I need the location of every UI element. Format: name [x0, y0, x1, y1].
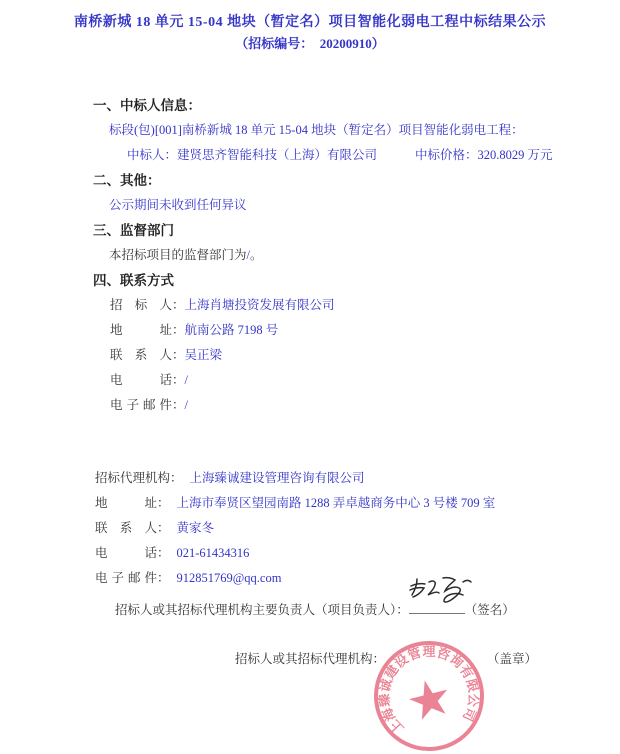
tenderer-row: 联系人：吴正梁	[0, 343, 620, 368]
tenderer-value: 航南公路 7198 号	[185, 323, 279, 337]
signature-slot	[409, 600, 465, 614]
signature-label: 招标人或其招标代理机构主要负责人（项目负责人）：	[115, 603, 409, 617]
company-seal-stamp: 上海臻诚建设管理咨询有限公司	[369, 636, 489, 754]
seal-label: 招标人或其招标代理机构：	[235, 649, 385, 669]
tenderer-contact-block: 招标人：上海肖塘投资发展有限公司 地址：航南公路 7198 号 联系人：吴正梁 …	[0, 293, 620, 418]
page-title: 南桥新城 18 单元 15-04 地块（暂定名）项目智能化弱电工程中标结果公示	[0, 13, 620, 32]
agency-label: 地址	[95, 491, 157, 516]
package-line: 标段(包)[001]南桥新城 18 单元 15-04 地块（暂定名）项目智能化弱…	[0, 118, 620, 143]
agency-contact-block: 招标代理机构：上海臻诚建设管理咨询有限公司 地址：上海市奉贤区望园南路 1288…	[0, 466, 620, 591]
seal-outer-ring	[369, 636, 489, 754]
agency-label: 电子邮件	[95, 566, 157, 591]
seal-star-icon	[406, 676, 453, 722]
tenderer-value: 上海肖塘投资发展有限公司	[185, 298, 335, 312]
agency-row: 地址：上海市奉贤区望园南路 1288 弄卓越商务中心 3 号楼 709 室	[0, 491, 620, 516]
seal-circular-text: 上海臻诚建设管理咨询有限公司	[370, 637, 486, 739]
section-heading-other: 二、其他：	[0, 168, 620, 193]
label-colon: ：	[172, 348, 185, 362]
label-colon: ：	[172, 373, 185, 387]
label-colon: ：	[172, 323, 185, 337]
tenderer-row: 电话：/	[0, 368, 620, 393]
tenderer-row: 地址：航南公路 7198 号	[0, 318, 620, 343]
tenderer-label: 联系人	[110, 343, 172, 368]
tenderer-label: 电子邮件	[110, 393, 172, 418]
agency-value: 上海臻诚建设管理咨询有限公司	[183, 471, 365, 485]
tenderer-value: 吴正梁	[185, 348, 223, 362]
agency-label: 电话	[95, 541, 157, 566]
tenderer-row: 电子邮件：/	[0, 393, 620, 418]
label-colon: ：	[172, 398, 185, 412]
label-colon: ：	[157, 521, 170, 535]
tenderer-value: /	[185, 398, 188, 412]
section-heading-contact: 四、联系方式	[0, 268, 620, 293]
price-label: 中标价格：	[415, 148, 478, 162]
winner-value: 建贤思齐智能科技（上海）有限公司	[177, 148, 377, 162]
agency-label: 联系人	[95, 516, 157, 541]
tenderer-label: 招标人	[110, 293, 172, 318]
signature-line: 招标人或其招标代理机构主要负责人（项目负责人）：（签名）	[115, 600, 515, 620]
agency-value: 黄家冬	[170, 521, 215, 535]
agency-value: 上海市奉贤区望园南路 1288 弄卓越商务中心 3 号楼 709 室	[170, 496, 496, 510]
agency-value: 912851769@qq.com	[170, 571, 282, 585]
signature-handwriting	[405, 574, 475, 608]
label-colon: ：	[172, 298, 185, 312]
supervisor-body: 本招标项目的监督部门为/。	[0, 243, 620, 268]
agency-row: 电子邮件：912851769@qq.com	[0, 566, 620, 591]
document-body: 一、中标人信息： 标段(包)[001]南桥新城 18 单元 15-04 地块（暂…	[0, 93, 620, 591]
tender-number-subtitle: （招标编号： 20200910）	[0, 32, 620, 56]
winner-line: 中标人：建贤思齐智能科技（上海）有限公司中标价格：320.8029 万元	[0, 143, 620, 168]
agency-row: 招标代理机构：上海臻诚建设管理咨询有限公司	[0, 466, 620, 491]
label-colon: ：	[157, 496, 170, 510]
label-colon: ：	[157, 571, 170, 585]
other-body: 公示期间未收到任何异议	[0, 193, 620, 218]
winner-label: 中标人：	[127, 148, 177, 162]
tenderer-label: 地址	[110, 318, 172, 343]
agency-value: 021-61434316	[170, 546, 250, 560]
seal-suffix: （盖章）	[487, 649, 537, 669]
agency-row: 联系人：黄家冬	[0, 516, 620, 541]
supervisor-suffix: 。	[250, 248, 263, 262]
tenderer-value: /	[185, 373, 188, 387]
announcement-document: 南桥新城 18 单元 15-04 地块（暂定名）项目智能化弱电工程中标结果公示 …	[0, 0, 620, 754]
agency-label: 招标代理机构	[95, 466, 170, 491]
tenderer-row: 招标人：上海肖塘投资发展有限公司	[0, 293, 620, 318]
section-heading-winner-info: 一、中标人信息：	[0, 93, 620, 118]
supervisor-prefix: 本招标项目的监督部门为	[109, 248, 247, 262]
label-colon: ：	[157, 546, 170, 560]
tenderer-label: 电话	[110, 368, 172, 393]
price-value: 320.8029 万元	[478, 148, 553, 162]
agency-row: 电话：021-61434316	[0, 541, 620, 566]
section-heading-supervisor: 三、监督部门	[0, 218, 620, 243]
label-colon: ：	[170, 471, 183, 485]
